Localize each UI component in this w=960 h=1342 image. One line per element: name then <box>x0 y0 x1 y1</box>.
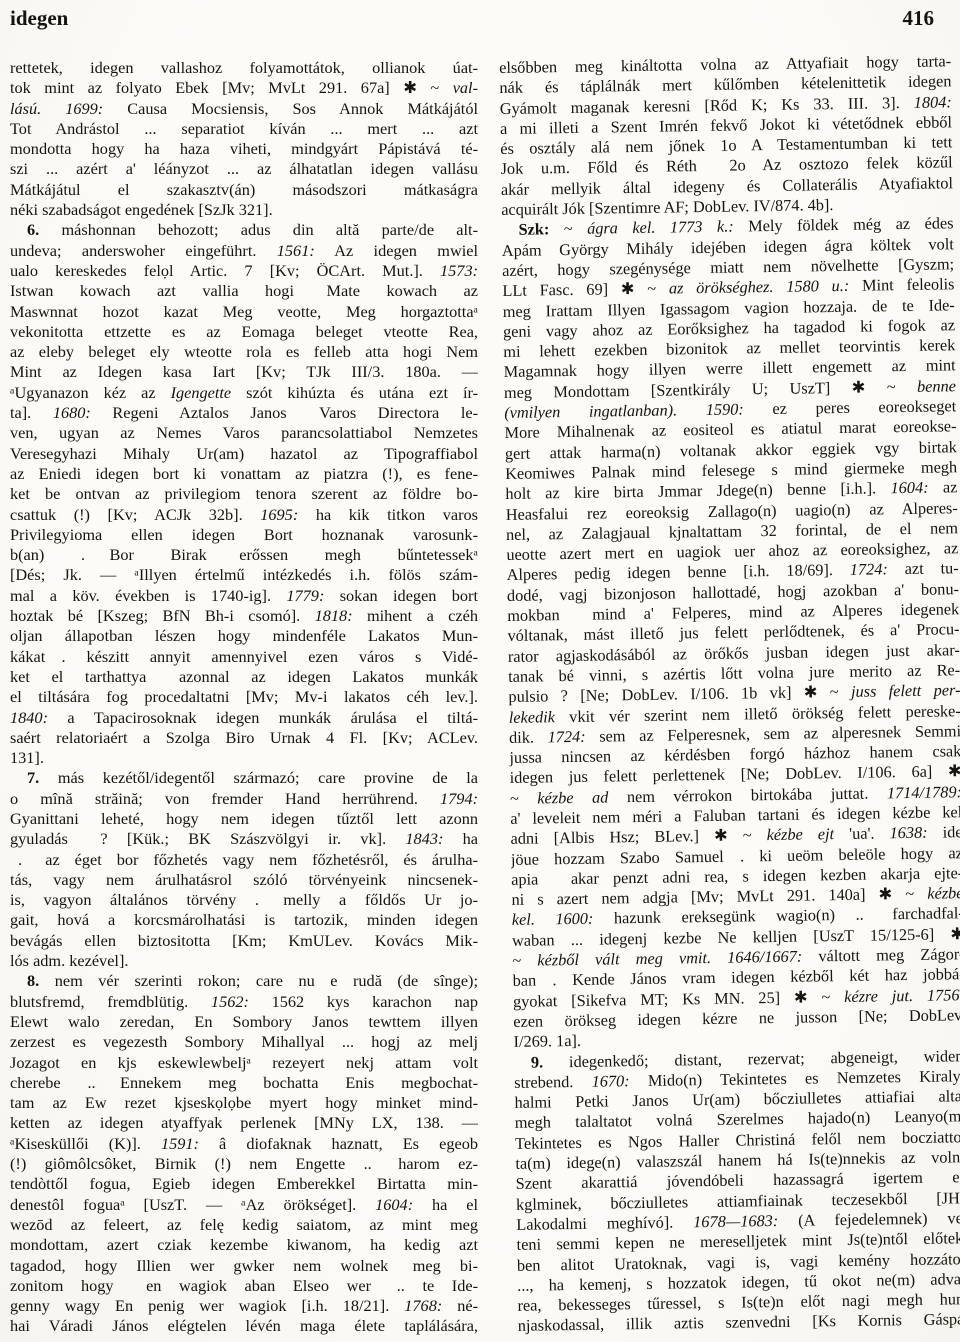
text-line: wezōd az feleert, az felę kedig saiatom,… <box>10 1215 478 1235</box>
text-line: blutsfremd, fremdblütig. 1562: 1562 kys … <box>10 992 478 1012</box>
text-line: gyuladás ? [Kük.; BK Szászvölgyi ir. vk]… <box>10 829 478 849</box>
text-line: Privilegyioma ellen idegen Bort hoznanak… <box>10 525 478 545</box>
text-line: cherebe .. Ennekem meg bochatta Enis meg… <box>10 1073 478 1093</box>
text-line: denestôl foguaᵃ [UszT. — ᵃAz örökséget].… <box>10 1195 478 1215</box>
text-line: Veresegyhazi Mihaly Ur(am) hazatol az Ti… <box>10 444 478 464</box>
text-line: . az éget bor főzhetés vagy nem főzhetés… <box>10 850 478 870</box>
text-line: saért relatoriaért a Szolga Biro Urnak 4… <box>10 728 478 748</box>
headword: idegen <box>10 6 68 30</box>
text-line: kákat . készitt annyit amennyivel ezen v… <box>10 647 478 667</box>
text-line: zonitom hogy en wagiok aban Elseo wer ..… <box>10 1276 478 1296</box>
text-line: genny wagy En penig wer wagiok [i.h. 18/… <box>10 1296 478 1316</box>
text-line: 131]. <box>10 748 478 768</box>
text-line: Elewt walo zeredan, En Sombory Janos tew… <box>10 1012 478 1032</box>
text-line: 6. máshonnan behozott; adus din altă par… <box>10 220 478 240</box>
text-line: mondotta hogy ha haza viheti, mindgyárt … <box>10 139 478 159</box>
text-line: mondottam, azert cziak kezembe kiwanom, … <box>10 1235 478 1255</box>
text-line: ᵃUgyanazon kéz az Igengette szót kihúzta… <box>10 383 478 403</box>
text-line: Maswnnat hozot kazat Meg veotte, Meg hor… <box>10 302 478 322</box>
text-line: ket be ontvan az privilegiom tenora szer… <box>10 484 478 504</box>
text-line: Gyanittani leheté, hogy nem idegen tűztő… <box>10 809 478 829</box>
text-line: Tot Andrástol ... separatiot kíván ... m… <box>10 119 478 139</box>
paragraph: rettetek, idegen vallashoz folyamottátok… <box>10 58 478 220</box>
paragraph: 8. nem vér szerinti rokon; care nu e rud… <box>10 971 478 1336</box>
text-line: vekonitotta ettzette es az Eomaga belege… <box>10 322 478 342</box>
text-line: Mint az Idegen kasa Iart [Kv; TJk III/3.… <box>10 362 478 382</box>
text-line: ualo kereskedes felọl Artic. 7 [Kv; ÖCAr… <box>10 261 478 281</box>
paragraph: 9. idegenkedő; distant, rezervat; abgene… <box>514 1046 960 1337</box>
text-line: b(an) . Bor Birak erőssen megh bűntetess… <box>10 545 478 565</box>
text-line: undeva; anderswoher eingeführt. 1561: Az… <box>10 241 478 261</box>
text-line: tok mint az folyato Ebek [Mv; MvLt 291. … <box>10 78 478 98</box>
text-line: rettetek, idegen vallashoz folyamottátok… <box>10 58 478 78</box>
page-header: idegen 416 <box>10 6 934 30</box>
text-line: 8. nem vér szerinti rokon; care nu e rud… <box>10 971 478 991</box>
text-line: bevágás ellen biztositotta [Km; KmULev. … <box>10 931 478 951</box>
text-line: tás, vagy nem árulhatásrol szóló törvény… <box>10 870 478 890</box>
text-line: tagadod, hogy Illien wer gwker nem wolne… <box>10 1256 478 1276</box>
page-number: 416 <box>903 6 935 30</box>
text-line: lós adm. kezével]. <box>10 951 478 971</box>
text-line: az eleby beleget ely wteotte rola es fel… <box>10 342 478 362</box>
text-line: 7. más kezétől/idegentől származó; care … <box>10 768 478 788</box>
text-line: 1840: a Tapacirosoknak idegen munkák áru… <box>10 708 478 728</box>
paragraph: 7. más kezétől/idegentől származó; care … <box>10 768 478 971</box>
text-line: el tiltására fog procedaltatni [Mv; Mv-i… <box>10 687 478 707</box>
text-line: az Eniedi idegen bort ki vonattam az pia… <box>10 464 478 484</box>
text-line: néki szabadságot engedének [SzJk 321]. <box>10 200 478 220</box>
dictionary-page: idegen 416 rettetek, idegen vallashoz fo… <box>0 0 960 1342</box>
paragraph: Szk: ~ ágra kel. 1773 k.: Mely földek mé… <box>501 214 960 1053</box>
text-line: tam az Ew rezet kjseskọlọbe myert hogy m… <box>10 1093 478 1113</box>
text-line: ketten az idegen atyaffyak perlenek [MNy… <box>10 1113 478 1133</box>
text-line: o mînă străină; von fremder Hand herrühr… <box>10 789 478 809</box>
text-line: mal a köv. években is 1740-ig]. 1779: so… <box>10 586 478 606</box>
text-line: szi ... azért a' léányzot ... az álhatat… <box>10 159 478 179</box>
text-line: lású. 1699: Causa Mocsiensis, Sos Annok … <box>10 99 478 119</box>
text-line: ven, ugyan az Nemes Varos parancsolattia… <box>10 423 478 443</box>
left-column: rettetek, idegen vallashoz folyamottátok… <box>10 58 478 1337</box>
text-line: Mátkájátul el szakasztv(án) másodszori m… <box>10 180 478 200</box>
text-line: Istwan kowach azt vallia hogi Mate kowac… <box>10 281 478 301</box>
paragraph: 6. máshonnan behozott; adus din altă par… <box>10 220 478 768</box>
text-line: (!) giômôlcsôket, Birnik (!) nem Engette… <box>10 1154 478 1174</box>
text-line: csattuk (!) [Kv; ACJk 32b]. 1695: ha kik… <box>10 505 478 525</box>
text-line: ᵃKisesküllői (K)]. 1591: â diofaknak haz… <box>10 1134 478 1154</box>
text-line: hoztak bé [Kszeg; BfN Bh-i csomó]. 1818:… <box>10 606 478 626</box>
text-line: ket el tarthattya azonnal az idegen Laka… <box>10 667 478 687</box>
text-line: is, vagyon általános törvény . melly a f… <box>10 890 478 910</box>
text-line: tendòttől fogua, Egieb idegen Emberekkel… <box>10 1174 478 1194</box>
text-line: zerzest es vegezesth Sombory Mihallyal .… <box>10 1032 478 1052</box>
right-column: elsőbben meg kináltotta volna az Attyafi… <box>499 51 960 1336</box>
text-line: Jozagot en kjs eskewlewbeljᵃ rezeyert ne… <box>10 1053 478 1073</box>
text-line: [Dés; Jk. — ᵃIllyen értelmű intézkedés i… <box>10 565 478 585</box>
paragraph: elsőbben meg kináltotta volna az Attyafi… <box>499 51 953 220</box>
text-line: oljan állapotban lészen hogy mindenféle … <box>10 626 478 646</box>
text-line: ta]. 1680: Regeni Aztalos Janos Varos Di… <box>10 403 478 423</box>
text-line: hai Váradi János elégtelen lévén maga él… <box>10 1316 478 1336</box>
text-line: gait, hová a korcsmárolhatási is tartozi… <box>10 910 478 930</box>
